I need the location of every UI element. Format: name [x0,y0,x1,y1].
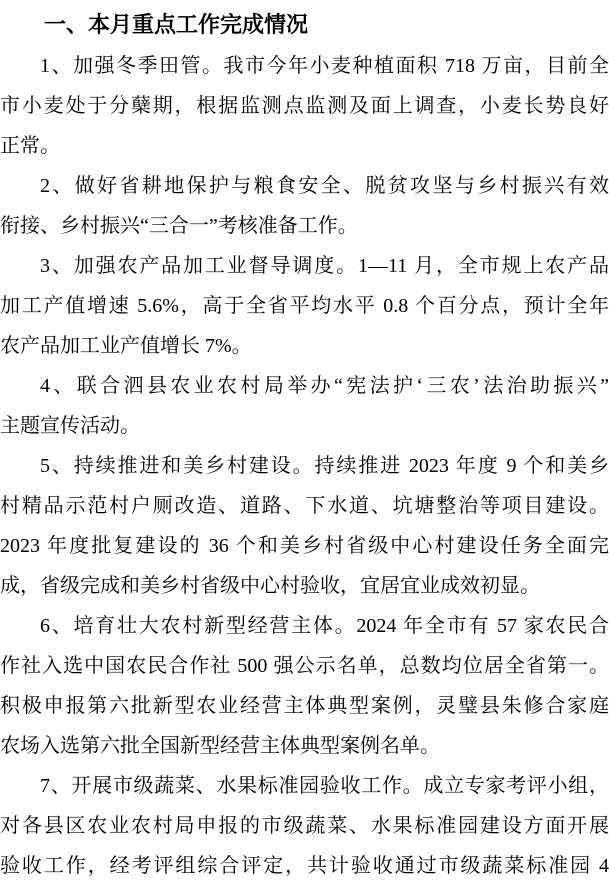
text-line: 市小麦处于分蘖期，根据监测点监测及面上调查，小麦长势良好 [0,86,609,126]
paragraph-5: 5、持续推进和美乡村建设。持续推进 2023 年度 9 个和美乡村精品示范村户厕… [0,446,609,606]
text-line: 作社入选中国农民合作社 500 强公示名单，总数均位居全省第一。 [0,646,609,686]
text-line: 农场入选第六批全国新型经营主体典型案例名单。 [0,726,609,766]
paragraph-2: 2、做好省耕地保护与粮食安全、脱贫攻坚与乡村振兴有效衔接、乡村振兴“三合一”考核… [0,166,609,246]
text-line: 村精品示范村户厕改造、道路、下水道、坑塘整治等项目建设。 [0,486,609,526]
document-page: 一、本月重点工作完成情况 1、加强冬季田管。我市今年小麦种植面积 718 万亩，… [0,0,609,886]
text-line: 加工产值增速 5.6%，高于全省平均水平 0.8 个百分点，预计全年 [0,286,609,326]
text-line: 2023 年度批复建设的 36 个和美乡村省级中心村建设任务全面完 [0,526,609,566]
text-line: 4、联合泗县农业农村局举办“宪法护‘三农’法治助振兴” [0,366,609,406]
paragraph-4: 4、联合泗县农业农村局举办“宪法护‘三农’法治助振兴”主题宣传活动。 [0,366,609,446]
text-line: 6、培育壮大农村新型经营主体。2024 年全市有 57 家农民合 [0,606,609,646]
paragraph-6: 6、培育壮大农村新型经营主体。2024 年全市有 57 家农民合作社入选中国农民… [0,606,609,766]
text-line: 正常。 [0,126,609,166]
text-line: 主题宣传活动。 [0,406,609,446]
paragraph-1: 1、加强冬季田管。我市今年小麦种植面积 718 万亩，目前全市小麦处于分蘖期，根… [0,46,609,166]
text-line: 7、开展市级蔬菜、水果标准园验收工作。成立专家考评小组， [0,766,609,806]
text-line: 验收工作，经考评组综合评定，共计验收通过市级蔬菜标准园 4 [0,846,609,886]
paragraph-3: 3、加强农产品加工业督导调度。1—11 月，全市规上农产品加工产值增速 5.6%… [0,246,609,366]
text-line: 农产品加工业产值增长 7%。 [0,326,609,366]
text-line: 1、加强冬季田管。我市今年小麦种植面积 718 万亩，目前全 [0,46,609,86]
text-line: 成，省级完成和美乡村省级中心村验收，宜居宜业成效初显。 [0,566,609,606]
text-line: 2、做好省耕地保护与粮食安全、脱贫攻坚与乡村振兴有效 [0,166,609,206]
text-line: 3、加强农产品加工业督导调度。1—11 月，全市规上农产品 [0,246,609,286]
text-line: 衔接、乡村振兴“三合一”考核准备工作。 [0,206,609,246]
text-line: 积极申报第六批新型农业经营主体典型案例，灵璧县朱修合家庭 [0,686,609,726]
document-body: 1、加强冬季田管。我市今年小麦种植面积 718 万亩，目前全市小麦处于分蘖期，根… [0,46,609,886]
text-line: 对各县区农业农村局申报的市级蔬菜、水果标准园建设方面开展 [0,806,609,846]
text-line: 5、持续推进和美乡村建设。持续推进 2023 年度 9 个和美乡 [0,446,609,486]
paragraph-7: 7、开展市级蔬菜、水果标准园验收工作。成立专家考评小组，对各县区农业农村局申报的… [0,766,609,886]
section-heading: 一、本月重点工作完成情况 [0,6,609,46]
